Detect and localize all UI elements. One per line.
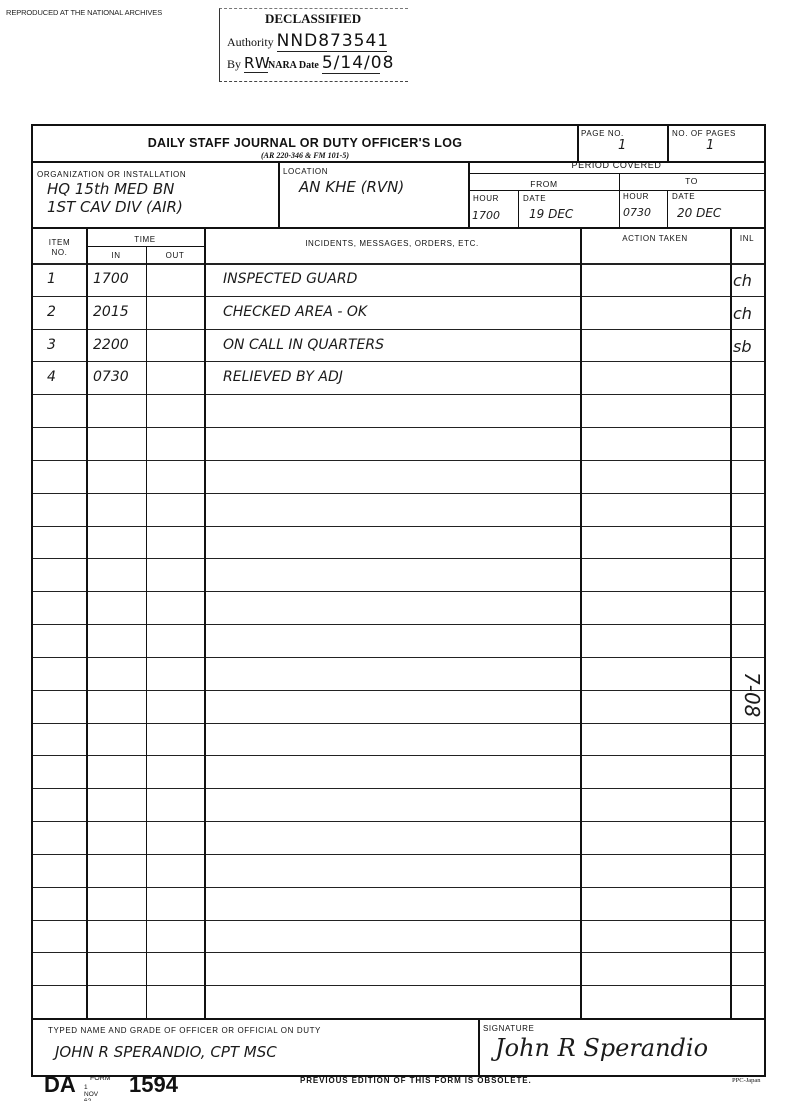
to-date-label: DATE [672,192,695,201]
da-label: DA [44,1072,76,1098]
stamp-title: DECLASSIFIED [265,11,361,27]
from-label: FROM [469,179,619,189]
page-no-value: 1 [618,138,626,153]
obsolete-note: PREVIOUS EDITION OF THIS FORM IS OBSOLET… [300,1076,532,1085]
cell-in: 0730 [93,369,129,385]
form-subtitle: (AR 220-346 & FM 101-5) [33,151,577,160]
stamp-by-line: By RWNARA Date 5/14/08 [227,53,380,74]
in-header: IN [86,251,146,260]
duty-officer-log-form: DAILY STAFF JOURNAL OR DUTY OFFICER'S LO… [31,124,766,1077]
typed-name-label: TYPED NAME AND GRADE OF OFFICER OR OFFIC… [48,1026,321,1035]
item-header: ITEM [33,238,86,247]
printer-note: PPC-Japan [732,1077,761,1084]
cell-item: 2 [47,304,56,320]
form-number: 1594 [129,1072,178,1098]
cell-inl: ch [733,304,752,323]
cell-incident: INSPECTED GUARD [223,271,357,287]
cell-in: 1700 [93,271,129,287]
cell-inl: ch [733,271,752,290]
no-header: NO. [33,248,86,257]
cell-incident: RELIEVED BY ADJ [223,369,343,385]
form-word: FORM [90,1075,111,1082]
from-hour-value: 1700 [472,209,500,222]
archive-note: REPRODUCED AT THE NATIONAL ARCHIVES [6,8,162,17]
no-of-pages-value: 1 [706,138,714,153]
from-date-value: 19 DEC [529,207,573,221]
location-value: AN KHE (RVN) [299,178,404,196]
organization-label: ORGANIZATION OR INSTALLATION [37,170,186,179]
signature-label: SIGNATURE [483,1024,534,1033]
cell-item: 3 [47,337,56,353]
cell-item: 1 [47,271,56,287]
from-date-label: DATE [523,194,546,203]
margin-note: 7-08 [740,672,764,717]
no-of-pages-label: NO. OF PAGES [672,129,736,138]
to-label: TO [619,176,764,186]
action-taken-header: ACTION TAKEN [580,234,730,243]
page-no-label: PAGE NO. [581,129,624,138]
to-date-value: 20 DEC [677,206,721,220]
cell-item: 4 [47,369,56,385]
form-title: DAILY STAFF JOURNAL OR DUTY OFFICER'S LO… [33,136,577,150]
to-hour-value: 0730 [623,206,651,219]
form-date: 1 NOV 62 [84,1084,98,1101]
inl-header: INL [730,234,764,243]
cell-inl: sb [733,337,752,356]
organization-line-1: HQ 15th MED BN [47,180,174,198]
typed-name-value: JOHN R SPERANDIO, CPT MSC [55,1043,277,1061]
by-value: RW [244,54,268,73]
cell-incident: ON CALL IN QUARTERS [223,337,384,353]
cell-in: 2015 [93,304,129,320]
from-hour-label: HOUR [473,194,499,203]
out-header: OUT [146,251,204,260]
nara-label: NARA Date [268,60,319,71]
by-label: By [227,57,241,71]
authority-label: Authority [227,35,274,49]
declassification-stamp: DECLASSIFIED Authority NND873541 By RWNA… [219,8,408,82]
date-value: 5/14/08 [322,53,380,74]
to-hour-label: HOUR [623,192,649,201]
cell-in: 2200 [93,337,129,353]
time-header: TIME [86,235,204,244]
incidents-header: INCIDENTS, MESSAGES, ORDERS, ETC. [204,239,580,248]
stamp-authority-line: Authority NND873541 [227,31,387,52]
cell-incident: CHECKED AREA - OK [223,304,367,320]
period-covered-label: PERIOD COVERED [469,160,764,170]
location-label: LOCATION [283,167,328,176]
organization-line-2: 1ST CAV DIV (AIR) [47,198,183,216]
authority-value: NND873541 [277,31,387,52]
signature: John R Sperandio [495,1034,708,1062]
